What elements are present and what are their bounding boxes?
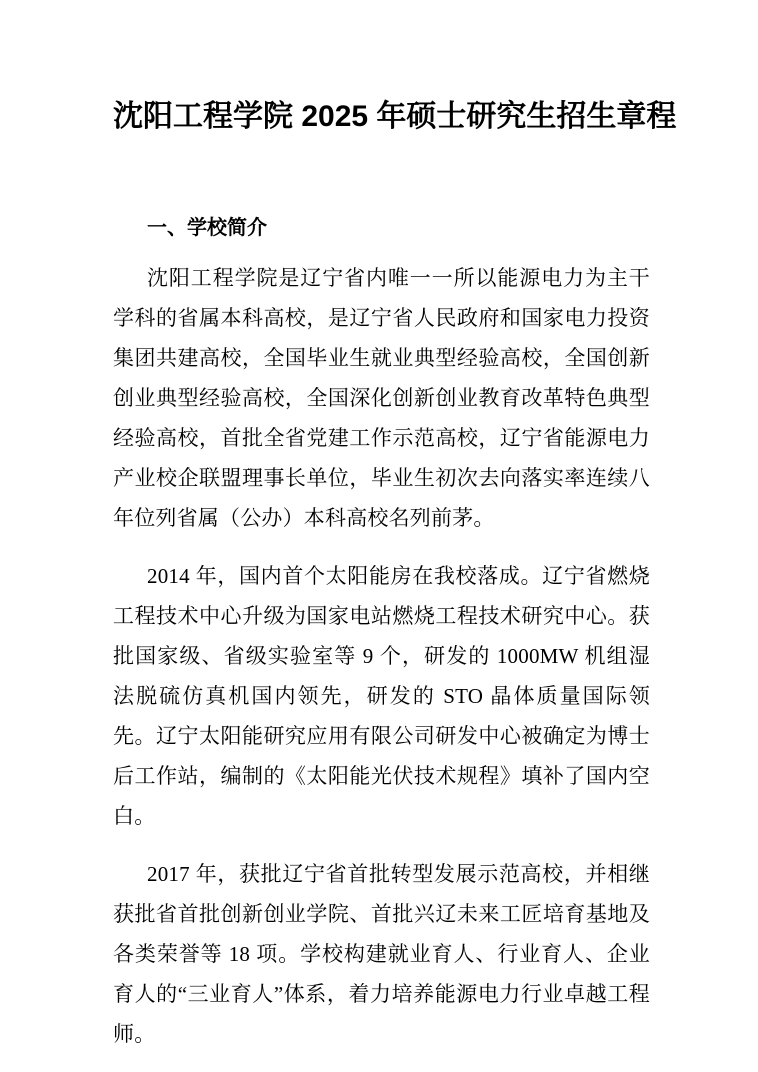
paragraph-2017-achievements: 2017 年，获批辽宁省首批转型发展示范高校，并相继获批省首批创新创业学院、首批… xyxy=(113,854,650,1054)
document-title: 沈阳工程学院 2025 年硕士研究生招生章程 xyxy=(113,95,650,139)
section-heading-school-intro: 一、学校简介 xyxy=(113,214,650,242)
document-page: 沈阳工程学院 2025 年硕士研究生招生章程 一、学校简介 沈阳工程学院是辽宁省… xyxy=(0,0,758,1072)
paragraph-2014-achievements: 2014 年，国内首个太阳能房在我校落成。辽宁省燃烧工程技术中心升级为国家电站燃… xyxy=(113,556,650,836)
paragraph-school-overview: 沈阳工程学院是辽宁省内唯一一所以能源电力为主干学科的省属本科高校，是辽宁省人民政… xyxy=(113,258,650,538)
document-content: 沈阳工程学院 2025 年硕士研究生招生章程 一、学校简介 沈阳工程学院是辽宁省… xyxy=(0,95,758,1054)
